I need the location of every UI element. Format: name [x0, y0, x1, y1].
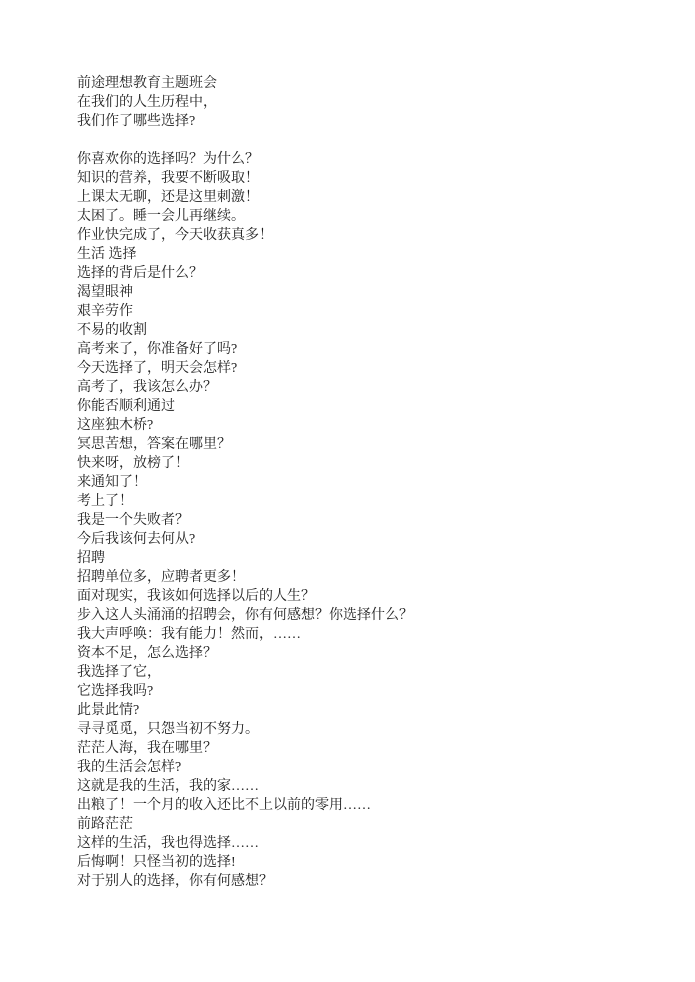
text-line: 在我们的人生历程中， — [77, 93, 655, 112]
text-line: 资本不足，怎么选择？ — [77, 644, 655, 663]
text-line: 我选择了它， — [77, 663, 655, 682]
text-line: 不易的收割 — [77, 321, 655, 340]
text-line: 高考来了，你准备好了吗? — [77, 340, 655, 359]
text-line: 前路茫茫 — [77, 815, 655, 834]
text-line: 这样的生活，我也得选择…… — [77, 834, 655, 853]
text-line: 面对现实，我该如何选择以后的人生？ — [77, 587, 655, 606]
text-line: 高考了，我该怎么办？ — [77, 378, 655, 397]
text-line: 我们作了哪些选择? — [77, 112, 655, 131]
text-line: 茫茫人海，我在哪里？ — [77, 739, 655, 758]
text-line: 太困了。睡一会儿再继续。 — [77, 207, 655, 226]
document-body: 前途理想教育主题班会在我们的人生历程中，我们作了哪些选择? 你喜欢你的选择吗？为… — [77, 74, 655, 891]
text-line: 渴望眼神 — [77, 283, 655, 302]
text-line: 作业快完成了，今天收获真多！ — [77, 226, 655, 245]
text-line: 你喜欢你的选择吗？为什么？ — [77, 150, 655, 169]
text-line: 上课太无聊，还是这里刺激！ — [77, 188, 655, 207]
text-line: 来通知了！ — [77, 473, 655, 492]
text-line: 招聘 — [77, 549, 655, 568]
text-line: 知识的营养，我要不断吸取！ — [77, 169, 655, 188]
text-line: 此景此情? — [77, 701, 655, 720]
text-line: 出粮了！一个月的收入还比不上以前的零用…… — [77, 796, 655, 815]
text-line: 步入这人头涌涌的招聘会，你有何感想？你选择什么？ — [77, 606, 655, 625]
text-line: 生活 选择 — [77, 245, 655, 264]
text-line: 今后我该何去何从? — [77, 530, 655, 549]
text-line: 选择的背后是什么？ — [77, 264, 655, 283]
text-line: 这就是我的生活，我的家…… — [77, 777, 655, 796]
text-line: 前途理想教育主题班会 — [77, 74, 655, 93]
text-line: 这座独木桥? — [77, 416, 655, 435]
text-line: 寻寻觅觅，只怨当初不努力。 — [77, 720, 655, 739]
text-line: 后悔啊！只怪当初的选择! — [77, 853, 655, 872]
text-line: 我是一个失败者？ — [77, 511, 655, 530]
text-line: 对于别人的选择，你有何感想？ — [77, 872, 655, 891]
text-line: 我的生活会怎样? — [77, 758, 655, 777]
text-line: 我大声呼唤：我有能力！然而，…… — [77, 625, 655, 644]
text-line: 考上了！ — [77, 492, 655, 511]
text-line: 你能否顺利通过 — [77, 397, 655, 416]
text-line: 快来呀，放榜了！ — [77, 454, 655, 473]
text-line: 艰辛劳作 — [77, 302, 655, 321]
document-page: 前途理想教育主题班会在我们的人生历程中，我们作了哪些选择? 你喜欢你的选择吗？为… — [0, 0, 695, 982]
text-line: 招聘单位多，应聘者更多！ — [77, 568, 655, 587]
text-line: 冥思苦想，答案在哪里？ — [77, 435, 655, 454]
text-line: 它选择我吗? — [77, 682, 655, 701]
text-line: 今天选择了，明天会怎样? — [77, 359, 655, 378]
blank-line — [77, 131, 655, 150]
